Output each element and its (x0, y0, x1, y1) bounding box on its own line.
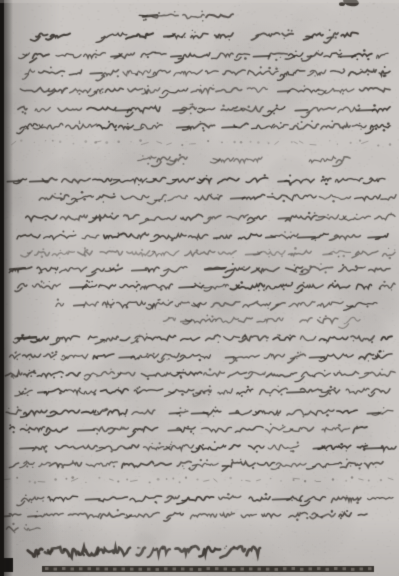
paragraph-block-1 (5, 48, 397, 170)
paragraph-block-2 (5, 172, 397, 330)
paragraph-block-3 (5, 332, 397, 536)
signature-line (25, 540, 270, 562)
page-header-handwritten (30, 8, 370, 46)
film-edge-strip (40, 564, 376, 574)
scanned-document-page: Low-resolution scanned page of an archiv… (0, 0, 399, 576)
corner-mark (0, 0, 24, 8)
